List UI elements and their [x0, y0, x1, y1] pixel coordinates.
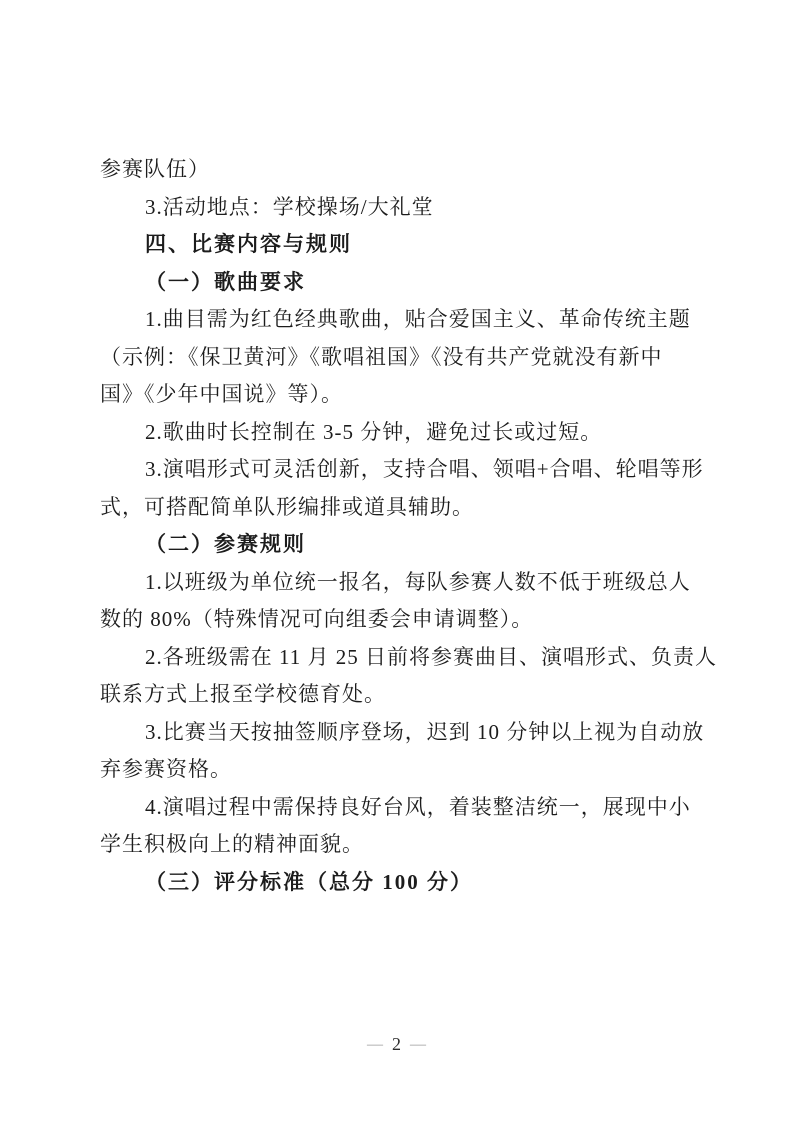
heading-line: （一）歌曲要求 [100, 264, 700, 302]
page-number: 2 [392, 1034, 401, 1054]
footer-dash-right: — [410, 1036, 426, 1053]
heading-paragraph: 四、比赛内容与规则 [100, 226, 700, 264]
body-paragraph: 参赛队伍） [100, 151, 700, 189]
body-paragraph: 3.活动地点：学校操场/大礼堂 [100, 189, 700, 227]
document-page: 参赛队伍）3.活动地点：学校操场/大礼堂四、比赛内容与规则（一）歌曲要求1.曲目… [0, 0, 793, 1122]
body-paragraph: 1.曲目需为红色经典歌曲，贴合爱国主义、革命传统主题（示例：《保卫黄河》《歌唱祖… [100, 301, 700, 414]
document-body: 参赛队伍）3.活动地点：学校操场/大礼堂四、比赛内容与规则（一）歌曲要求1.曲目… [100, 151, 700, 901]
text-line: 学生积极向上的精神面貌。 [100, 826, 700, 864]
heading-paragraph: （三）评分标准（总分 100 分） [100, 864, 700, 902]
text-line: 2.各班级需在 11 月 25 日前将参赛曲目、演唱形式、负责人 [100, 639, 700, 677]
footer-dash-left: — [367, 1036, 383, 1053]
body-paragraph: 3.比赛当天按抽签顺序登场，迟到 10 分钟以上视为自动放弃参赛资格。 [100, 714, 700, 789]
page-footer: —2— [0, 1031, 793, 1059]
text-line: 参赛队伍） [100, 151, 700, 189]
text-line: 弃参赛资格。 [100, 751, 700, 789]
text-line: 1.曲目需为红色经典歌曲，贴合爱国主义、革命传统主题 [100, 301, 700, 339]
body-paragraph: 1.以班级为单位统一报名，每队参赛人数不低于班级总人数的 80%（特殊情况可向组… [100, 564, 700, 639]
text-line: （示例：《保卫黄河》《歌唱祖国》《没有共产党就没有新中 [100, 339, 700, 377]
text-line: 1.以班级为单位统一报名，每队参赛人数不低于班级总人 [100, 564, 700, 602]
heading-line: 四、比赛内容与规则 [100, 226, 700, 264]
body-paragraph: 4.演唱过程中需保持良好台风，着装整洁统一，展现中小学生积极向上的精神面貌。 [100, 789, 700, 864]
text-line: 2.歌曲时长控制在 3-5 分钟，避免过长或过短。 [100, 414, 700, 452]
text-line: 3.比赛当天按抽签顺序登场，迟到 10 分钟以上视为自动放 [100, 714, 700, 752]
heading-line: （二）参赛规则 [100, 526, 700, 564]
body-paragraph: 2.各班级需在 11 月 25 日前将参赛曲目、演唱形式、负责人联系方式上报至学… [100, 639, 700, 714]
text-line: 3.活动地点：学校操场/大礼堂 [100, 189, 700, 227]
text-line: 联系方式上报至学校德育处。 [100, 676, 700, 714]
heading-line: （三）评分标准（总分 100 分） [100, 864, 700, 902]
text-line: 国》《少年中国说》等）。 [100, 376, 700, 414]
body-paragraph: 2.歌曲时长控制在 3-5 分钟，避免过长或过短。 [100, 414, 700, 452]
heading-paragraph: （一）歌曲要求 [100, 264, 700, 302]
text-line: 式，可搭配简单队形编排或道具辅助。 [100, 489, 700, 527]
text-line: 数的 80%（特殊情况可向组委会申请调整）。 [100, 601, 700, 639]
body-paragraph: 3.演唱形式可灵活创新，支持合唱、领唱+合唱、轮唱等形式，可搭配简单队形编排或道… [100, 451, 700, 526]
text-line: 4.演唱过程中需保持良好台风，着装整洁统一，展现中小 [100, 789, 700, 827]
text-line: 3.演唱形式可灵活创新，支持合唱、领唱+合唱、轮唱等形 [100, 451, 700, 489]
heading-paragraph: （二）参赛规则 [100, 526, 700, 564]
